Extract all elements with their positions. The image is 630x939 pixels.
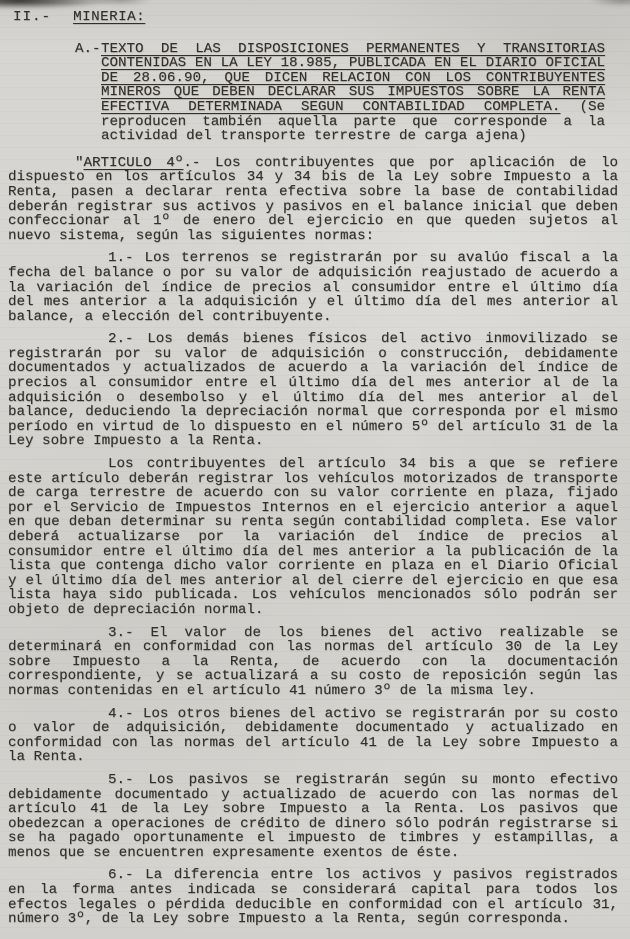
paragraph-item-4: 4.- Los otros bienes del activo se regis… (8, 707, 618, 765)
article-body-text: .- Los contribuyentes que por aplicación… (8, 155, 618, 244)
section-label: II.- (13, 9, 51, 25)
section-title: MINERIA: (73, 9, 145, 25)
document-page: II.-MINERIA: A.- TEXTO DE LAS DISPOSICIO… (0, 0, 630, 939)
heading-text: TEXTO DE LAS DISPOSICIONES PERMANENTES Y… (101, 42, 605, 144)
heading-block: A.- TEXTO DE LAS DISPOSICIONES PERMANENT… (75, 42, 630, 144)
paragraph-item-3: 3.- El valor de los bienes del activo re… (8, 626, 618, 699)
paragraph-item-6: 6.- La diferencia entre los activos y pa… (8, 868, 618, 926)
section-heading: II.-MINERIA: (13, 0, 630, 25)
paragraph-item-1: 1.- Los terrenos se registrarán por su a… (8, 251, 618, 324)
paragraph-34bis: Los contribuyentes del artículo 34 bis a… (8, 457, 618, 618)
heading-item-label: A.- (75, 42, 101, 57)
paragraph-item-5: 5.- Los pasivos se registrarán según su … (8, 773, 618, 861)
heading-underlined-text: TEXTO DE LAS DISPOSICIONES PERMANENTES Y… (101, 41, 605, 115)
article-paragraph: "ARTICULO 4º.- Los contribuyentes que po… (8, 156, 618, 244)
paragraph-item-2: 2.- Los demás bienes físicos del activo … (8, 332, 618, 449)
